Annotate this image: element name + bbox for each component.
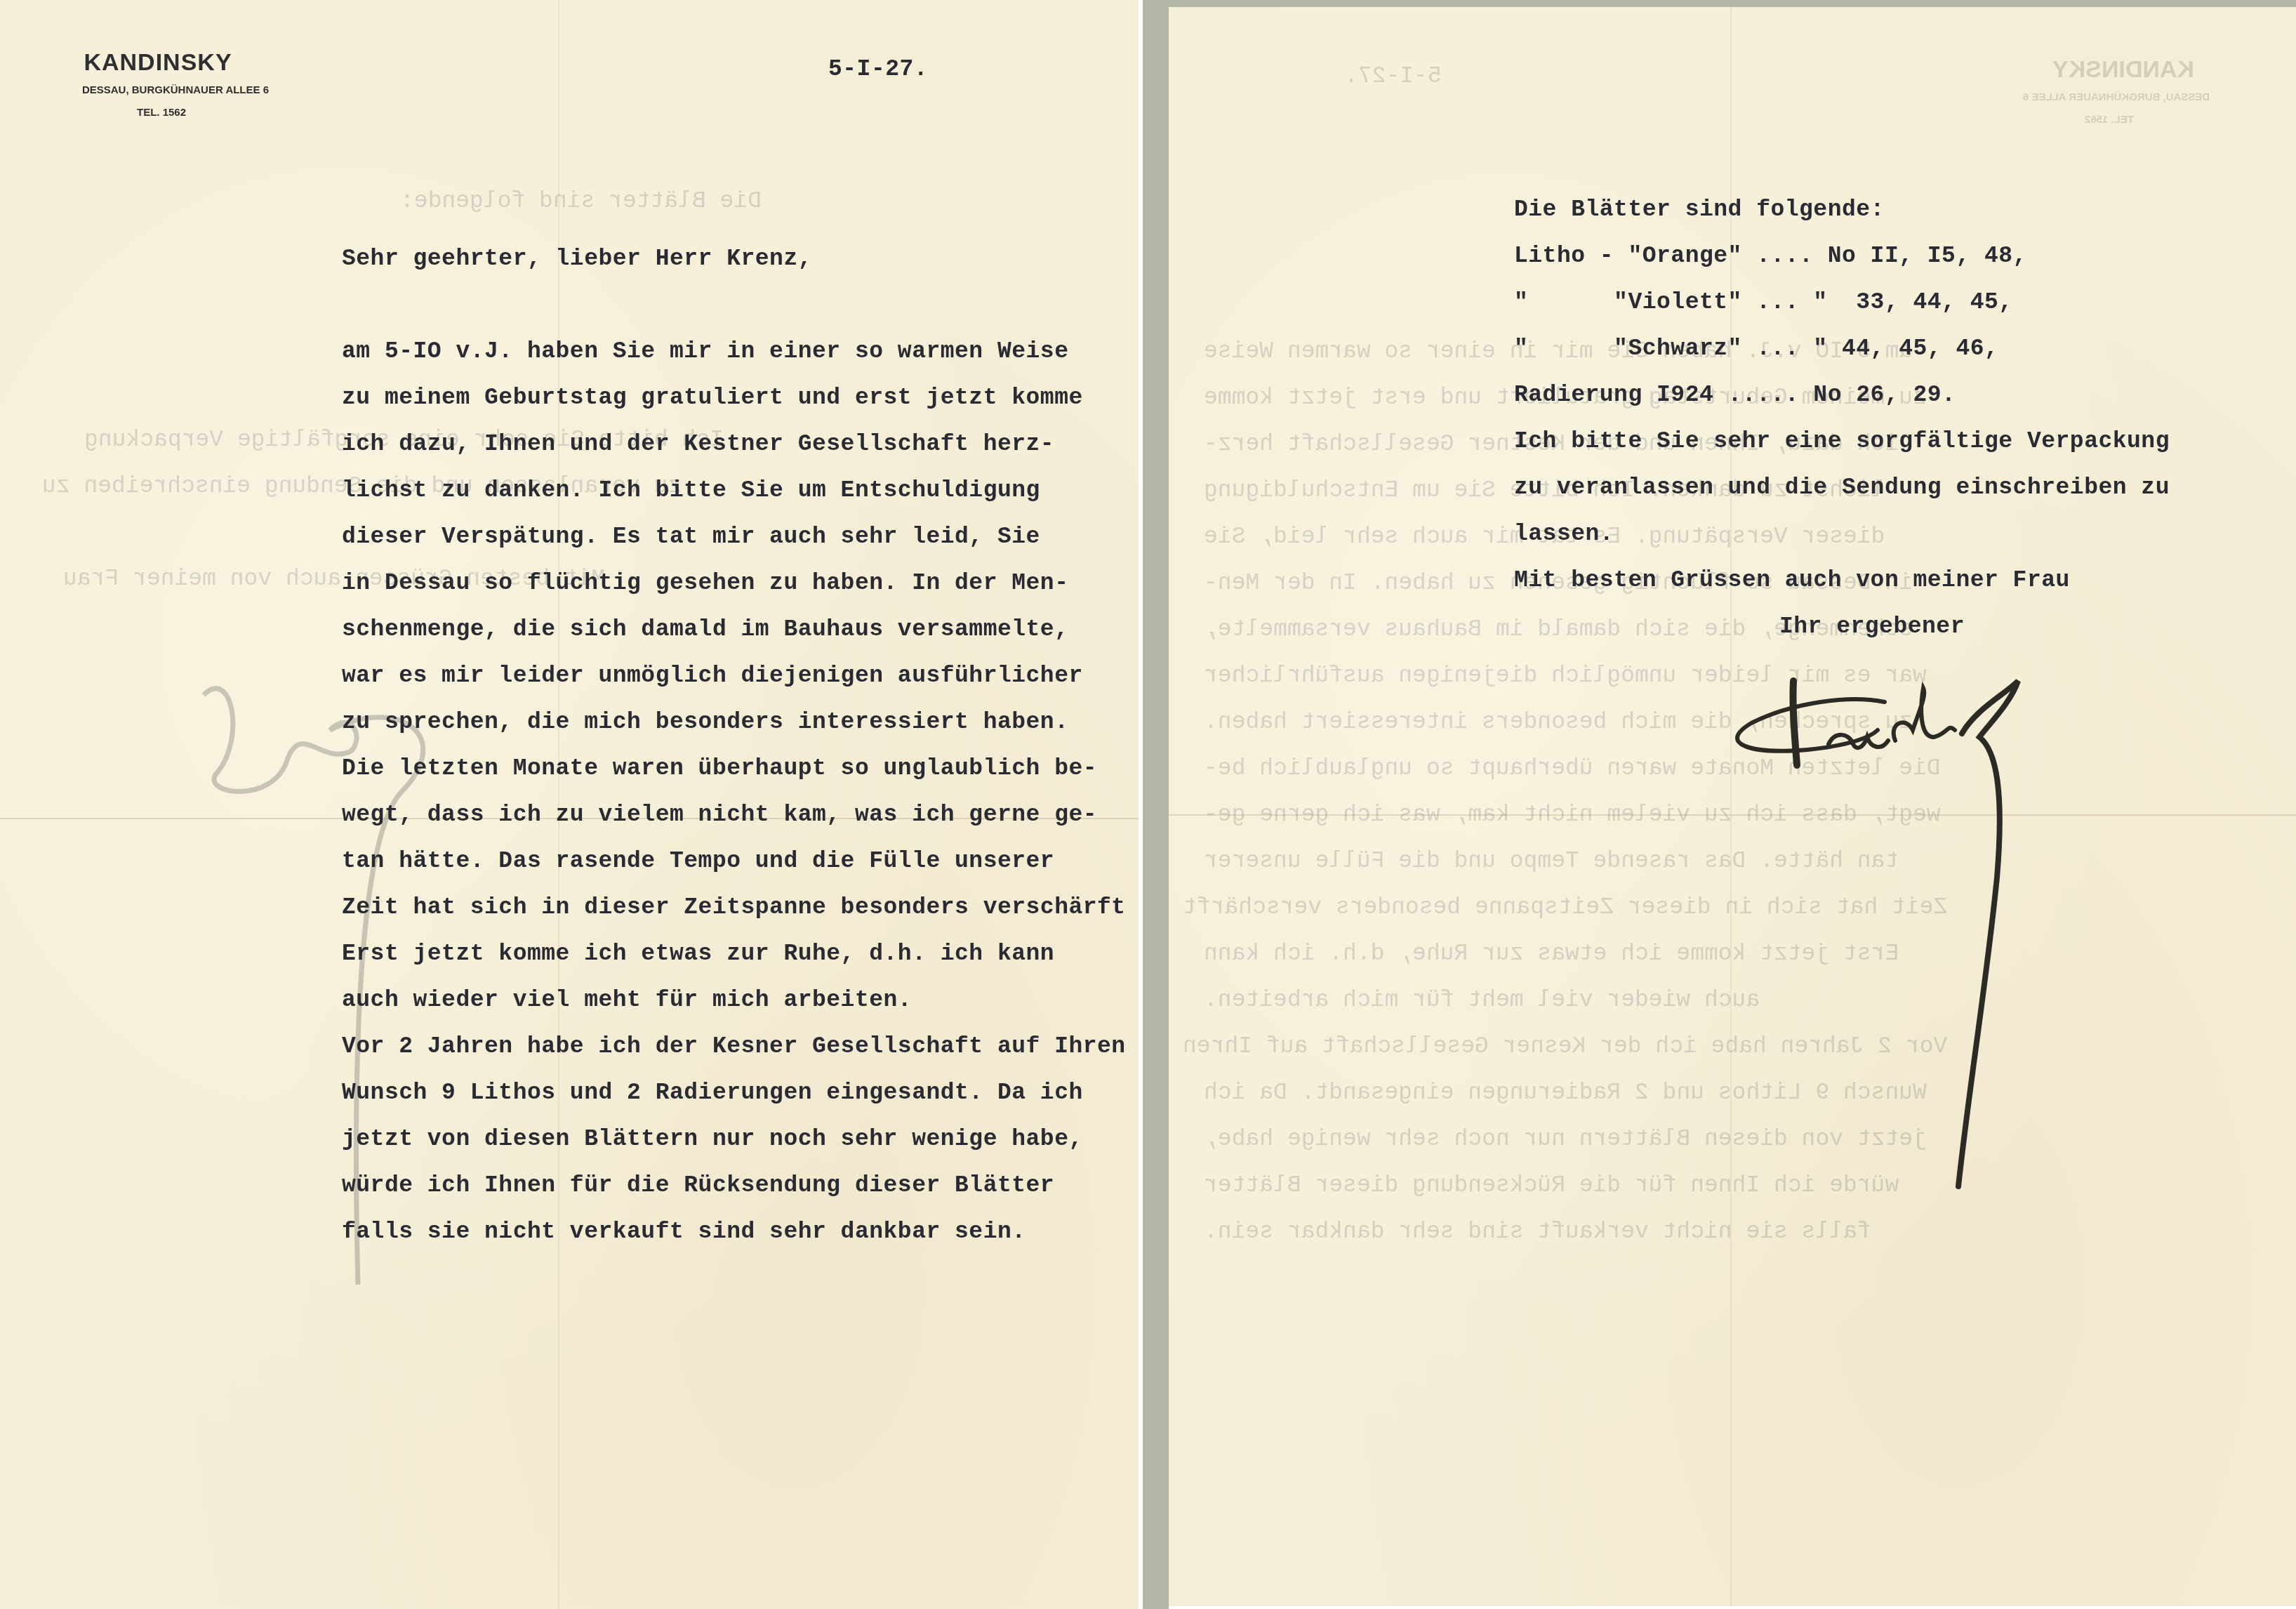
body-line: tan hätte. Das rasende Tempo und die Fül… — [342, 848, 1054, 874]
signature — [1709, 667, 2046, 1200]
body-line: lichst zu danken. Ich bitte Sie um Entsc… — [342, 477, 1040, 503]
body-line: zu sprechen, die mich besonders interess… — [342, 709, 1068, 735]
body-line: schenmenge, die sich damald im Bauhaus v… — [342, 616, 1068, 642]
body-line: dieser Verspätung. Es tat mir auch sehr … — [342, 524, 1040, 550]
signature-showthrough — [190, 653, 540, 1299]
list-heading: Die Blätter sind folgende: — [1514, 197, 1885, 223]
body-line: ich dazu, Ihnen und der Kestner Gesellsc… — [342, 431, 1054, 457]
body-line: Wunsch 9 Lithos und 2 Radierungen einges… — [342, 1080, 1083, 1106]
showthrough-date: 5-I-27. — [1344, 63, 1442, 89]
body-line: auch wieder viel meht für mich arbeiten. — [342, 987, 912, 1013]
showthrough-text: Die Blätter sind folgende: — [400, 188, 762, 214]
letter-date: 5-I-27. — [828, 56, 928, 82]
body-line: falls sie nicht verkauft sind sehr dankb… — [342, 1219, 1026, 1245]
body-line: am 5-IO v.J. haben Sie mir in einer so w… — [342, 338, 1068, 364]
list-item: " "Schwarz" ... " 44, 45, 46, — [1514, 336, 1998, 362]
body-line: Erst jetzt komme ich etwas zur Ruhe, d.h… — [342, 941, 1054, 967]
letter-page-1: Die Blätter sind folgende: Ich bitte Sie… — [0, 0, 1143, 1609]
body-line: zu meinem Geburtstag gratuliert und erst… — [342, 385, 1083, 411]
body-line: Zeit hat sich in dieser Zeitspanne beson… — [342, 894, 1126, 920]
letterhead-name: KANDINSKY — [70, 49, 246, 77]
list-item: Litho - "Orange" .... No II, I5, 48, — [1514, 243, 2027, 269]
showthrough-letterhead-telephone: TEL. 1562 — [2053, 114, 2165, 126]
letterhead-address: DESSAU, BURGKÜHNAUER ALLEE 6 — [42, 84, 309, 96]
letter-page-2: KANDINSKY DESSAU, BURGKÜHNAUER ALLEE 6 T… — [1169, 7, 2296, 1609]
showthrough-text: falls sie nicht verkauft sind sehr dankb… — [1204, 1219, 1871, 1245]
list-item: " "Violett" ... " 33, 44, 45, — [1514, 289, 2013, 315]
list-item: Radierung I924 ..... No 26, 29. — [1514, 382, 1956, 408]
closing-line: zu veranlassen und die Sendung einschrei… — [1514, 475, 2170, 501]
valediction: Ihr ergebener — [1779, 614, 1965, 640]
body-line: jetzt von diesen Blättern nur noch sehr … — [342, 1126, 1083, 1152]
body-line: wegt, dass ich zu vielem nicht kam, was … — [342, 802, 1097, 828]
showthrough-text: auch wieder viel meht für mich arbeiten. — [1204, 987, 1760, 1013]
body-line: war es mir leider unmöglich diejenigen a… — [342, 663, 1083, 689]
closing-line: Mit besten Grüssen auch von meiner Frau — [1514, 567, 2070, 593]
letterhead-telephone: TEL. 1562 — [105, 107, 218, 119]
salutation: Sehr geehrter, lieber Herr Krenz, — [342, 246, 812, 272]
closing-line: lassen. — [1514, 521, 1614, 547]
body-line: Die letzten Monate waren überhaupt so un… — [342, 755, 1097, 781]
showthrough-letterhead-address: DESSAU, BURGKÜHNAUER ALLEE 6 — [1983, 91, 2250, 103]
showthrough-letterhead-name: KANDINSKY — [2032, 56, 2215, 84]
body-line: Vor 2 Jahren habe ich der Kesner Gesells… — [342, 1033, 1126, 1059]
body-line: würde ich Ihnen für die Rücksendung dies… — [342, 1172, 1054, 1198]
closing-line: Ich bitte Sie sehr eine sorgfältige Verp… — [1514, 428, 2170, 454]
body-line: in Dessau so flüchtig gesehen zu haben. … — [342, 570, 1068, 596]
